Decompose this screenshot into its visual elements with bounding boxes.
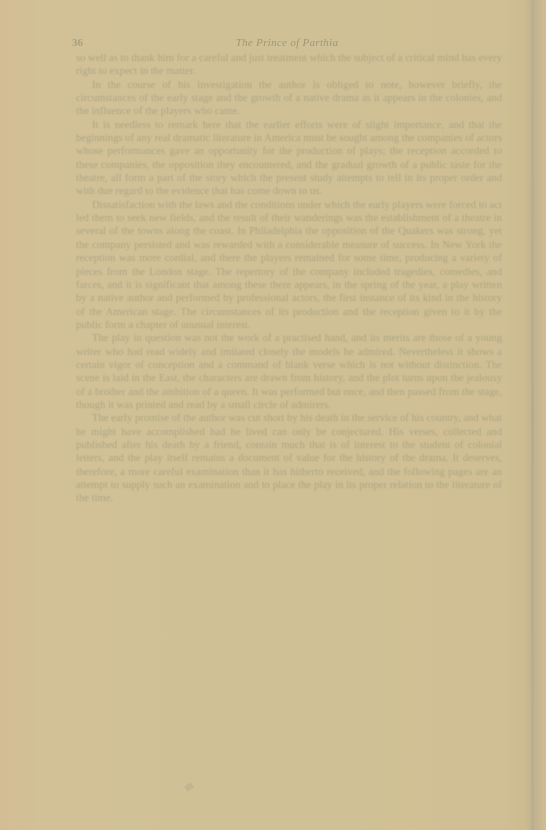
- paragraph: The early promise of the author was cut …: [76, 412, 502, 505]
- running-title: The Prince of Parthia: [72, 36, 502, 50]
- paragraph: Dissatisfaction with the laws and the co…: [76, 199, 502, 332]
- paragraph: In the course of his investigation the a…: [76, 79, 502, 119]
- paragraph: The play in question was not the work of…: [76, 332, 502, 412]
- running-header: 36 The Prince of Parthia: [72, 36, 502, 50]
- page-gutter-edge: [531, 0, 534, 830]
- paragraph: so well as to thank him for a careful an…: [76, 52, 502, 79]
- scanned-page: 36 The Prince of Parthia so well as to t…: [0, 0, 546, 830]
- paragraph: It is needless to remark here that the e…: [76, 119, 502, 199]
- body-text: so well as to thank him for a careful an…: [76, 52, 502, 506]
- paper-blemish: [184, 782, 194, 792]
